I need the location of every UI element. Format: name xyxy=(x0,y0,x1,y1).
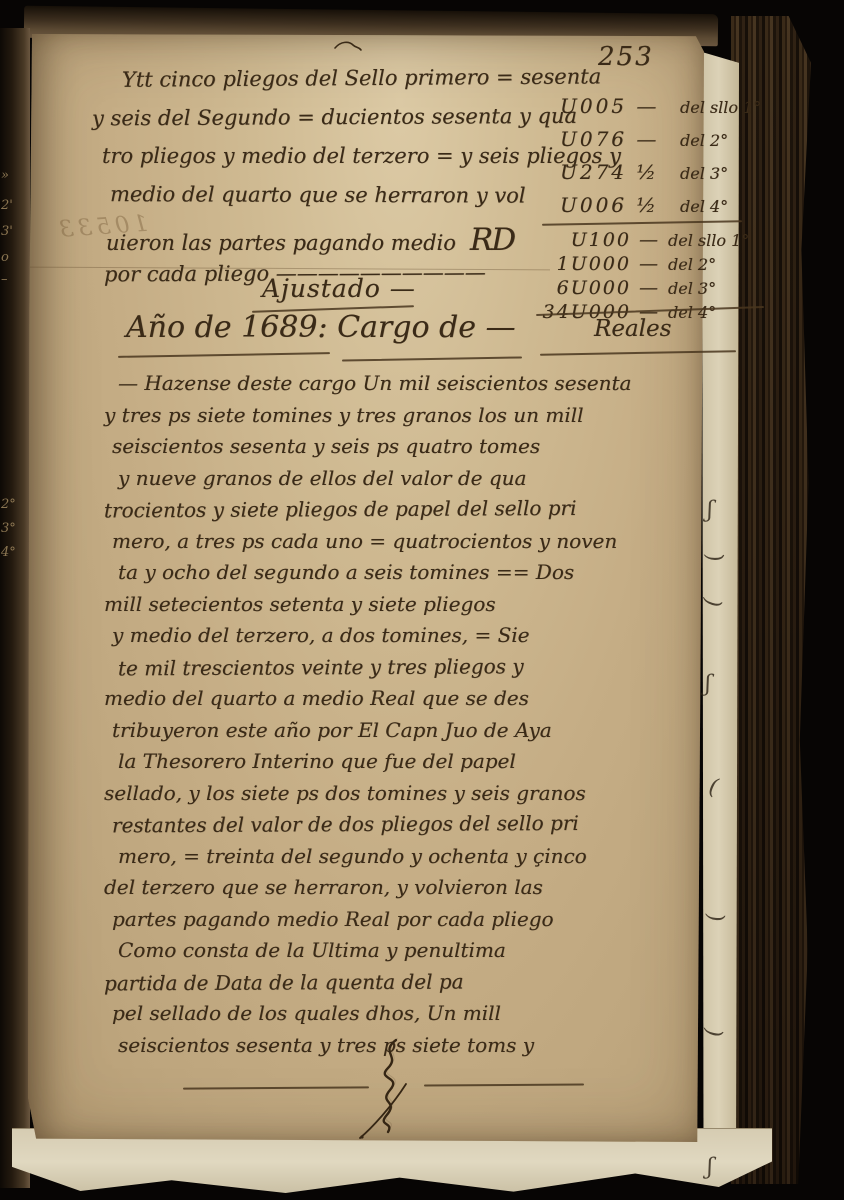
body-line: del terzero que se herraron, y volvieron… xyxy=(104,875,631,907)
body-line: trocientos y siete pliegos de papel del … xyxy=(104,496,632,530)
body-line: mero, a tres ps cada uno = quatrocientos… xyxy=(112,529,631,561)
manuscript-photo: 10533 » 2' 3' o – 2° 3° 4° ʃ ) ) ʃ ( ) )… xyxy=(0,0,844,1200)
body-line: mill setecientos setenta y siete pliegos xyxy=(104,592,631,624)
gutter-bleed-mark: 3° xyxy=(1,521,16,536)
body-line: seiscientos sesenta y seis ps quatro tom… xyxy=(112,434,631,466)
figure-value: 6U000 — xyxy=(528,277,660,299)
gutter-bleed-mark: 2' xyxy=(1,198,13,213)
page-edge-ink-mark: ) xyxy=(701,1028,726,1037)
figure-label: del 2° xyxy=(680,131,728,150)
page-edge-ink-mark: ʃ xyxy=(705,672,711,697)
figure-value: U005 — xyxy=(560,94,672,118)
intro-line: tro pliegos y medio del terzero = y seis… xyxy=(102,144,621,183)
body-line: — Hazense deste cargo Un mil seiscientos… xyxy=(118,371,631,403)
intro-line: Ytt cinco pliegos del Sello primero = se… xyxy=(122,64,621,106)
figure-label: del 3° xyxy=(680,164,728,183)
reales-column-label: Reales xyxy=(594,316,671,342)
intro-line-text: uieron las partes pagando medio xyxy=(106,231,456,255)
body-line: pel sellado de los quales dhos, Un mill xyxy=(112,1001,631,1033)
body-line: partida de Data de la quenta del pa xyxy=(104,968,632,1002)
ink-squiggle-icon xyxy=(333,38,363,57)
figure-row: 1U000 — del 2° xyxy=(528,253,749,277)
gutter-bleed-mark: 2° xyxy=(1,497,16,512)
figure-row: U274 ½ del 3° xyxy=(560,160,761,193)
body-line: y nueve granos de ellos del valor de qua xyxy=(118,466,631,498)
figure-label: del 3° xyxy=(668,279,716,298)
figure-label: del sllo 1° xyxy=(680,98,761,117)
gutter-bleed-mark: » xyxy=(1,168,9,183)
body-line: restantes del valor de dos pliegos del s… xyxy=(112,811,632,845)
body-line: mero, = treinta del segundo y ochenta y … xyxy=(118,844,631,876)
figure-row: U100 — del sllo 1° xyxy=(528,229,749,253)
figure-row: U005 — del sllo 1° xyxy=(560,94,761,127)
page-edge-ink-mark: ) xyxy=(702,912,728,923)
figure-label: del 4° xyxy=(668,303,716,322)
real-monogram: RD xyxy=(470,222,514,258)
gutter-bleed-mark: 4° xyxy=(1,545,16,560)
page-edge-ink-mark: ) xyxy=(699,597,725,608)
figure-row: U076 — del 2° xyxy=(560,127,761,160)
body-line: medio del quarto a medio Real que se des xyxy=(104,686,631,718)
body-line: tribuyeron este año por El Capn Juo de A… xyxy=(112,718,631,750)
page-edge-ink-mark: ʃ xyxy=(707,1155,713,1180)
page-edge-ink-mark: ʃ xyxy=(707,498,713,523)
figure-value: 1U000 — xyxy=(528,253,660,275)
body-line: sellado, y los siete ps dos tomines y se… xyxy=(104,781,631,813)
figure-row: 6U000 — del 3° xyxy=(528,277,749,301)
intro-line: y seis del Segundo = ducientos sesenta y… xyxy=(92,104,621,146)
rubric-flourish-icon xyxy=(352,1036,422,1145)
figure-value: U100 — xyxy=(528,229,660,251)
body-line: y medio del terzero, a dos tomines, = Si… xyxy=(112,623,631,655)
body-paragraph: — Hazense deste cargo Un mil seiscientos… xyxy=(104,371,631,1064)
gutter-bleed-mark: 3' xyxy=(1,224,13,239)
figure-value: U274 ½ xyxy=(560,160,672,184)
gutter-bleed-mark: o xyxy=(1,250,9,265)
body-line: te mil trescientos veinte y tres pliegos… xyxy=(118,653,632,687)
body-line: ta y ocho del segundo a seis tomines == … xyxy=(118,560,631,592)
figure-label: del 2° xyxy=(668,255,716,274)
ajustado-heading: Ajustado — xyxy=(262,274,416,303)
year-cargo-heading: Año de 1689: Cargo de — xyxy=(126,310,516,345)
figure-label: del sllo 1° xyxy=(668,231,749,250)
figure-label: del 4° xyxy=(680,197,728,216)
figure-value: U076 — xyxy=(560,127,672,151)
body-line: Como consta de la Ultima y penultima xyxy=(118,938,631,970)
intro-line: medio del quarto que se herraron y vol xyxy=(110,182,621,223)
body-line: partes pagando medio Real por cada plieg… xyxy=(112,907,631,939)
body-line: la Thesorero Interino que fue del papel xyxy=(118,749,631,781)
body-line: y tres ps siete tomines y tres granos lo… xyxy=(104,403,631,435)
gutter-bleed-mark: – xyxy=(1,272,8,287)
margin-figures-group1: U005 — del sllo 1° U076 — del 2° U274 ½ … xyxy=(560,94,761,226)
figure-value: U006 ½ xyxy=(560,193,672,217)
